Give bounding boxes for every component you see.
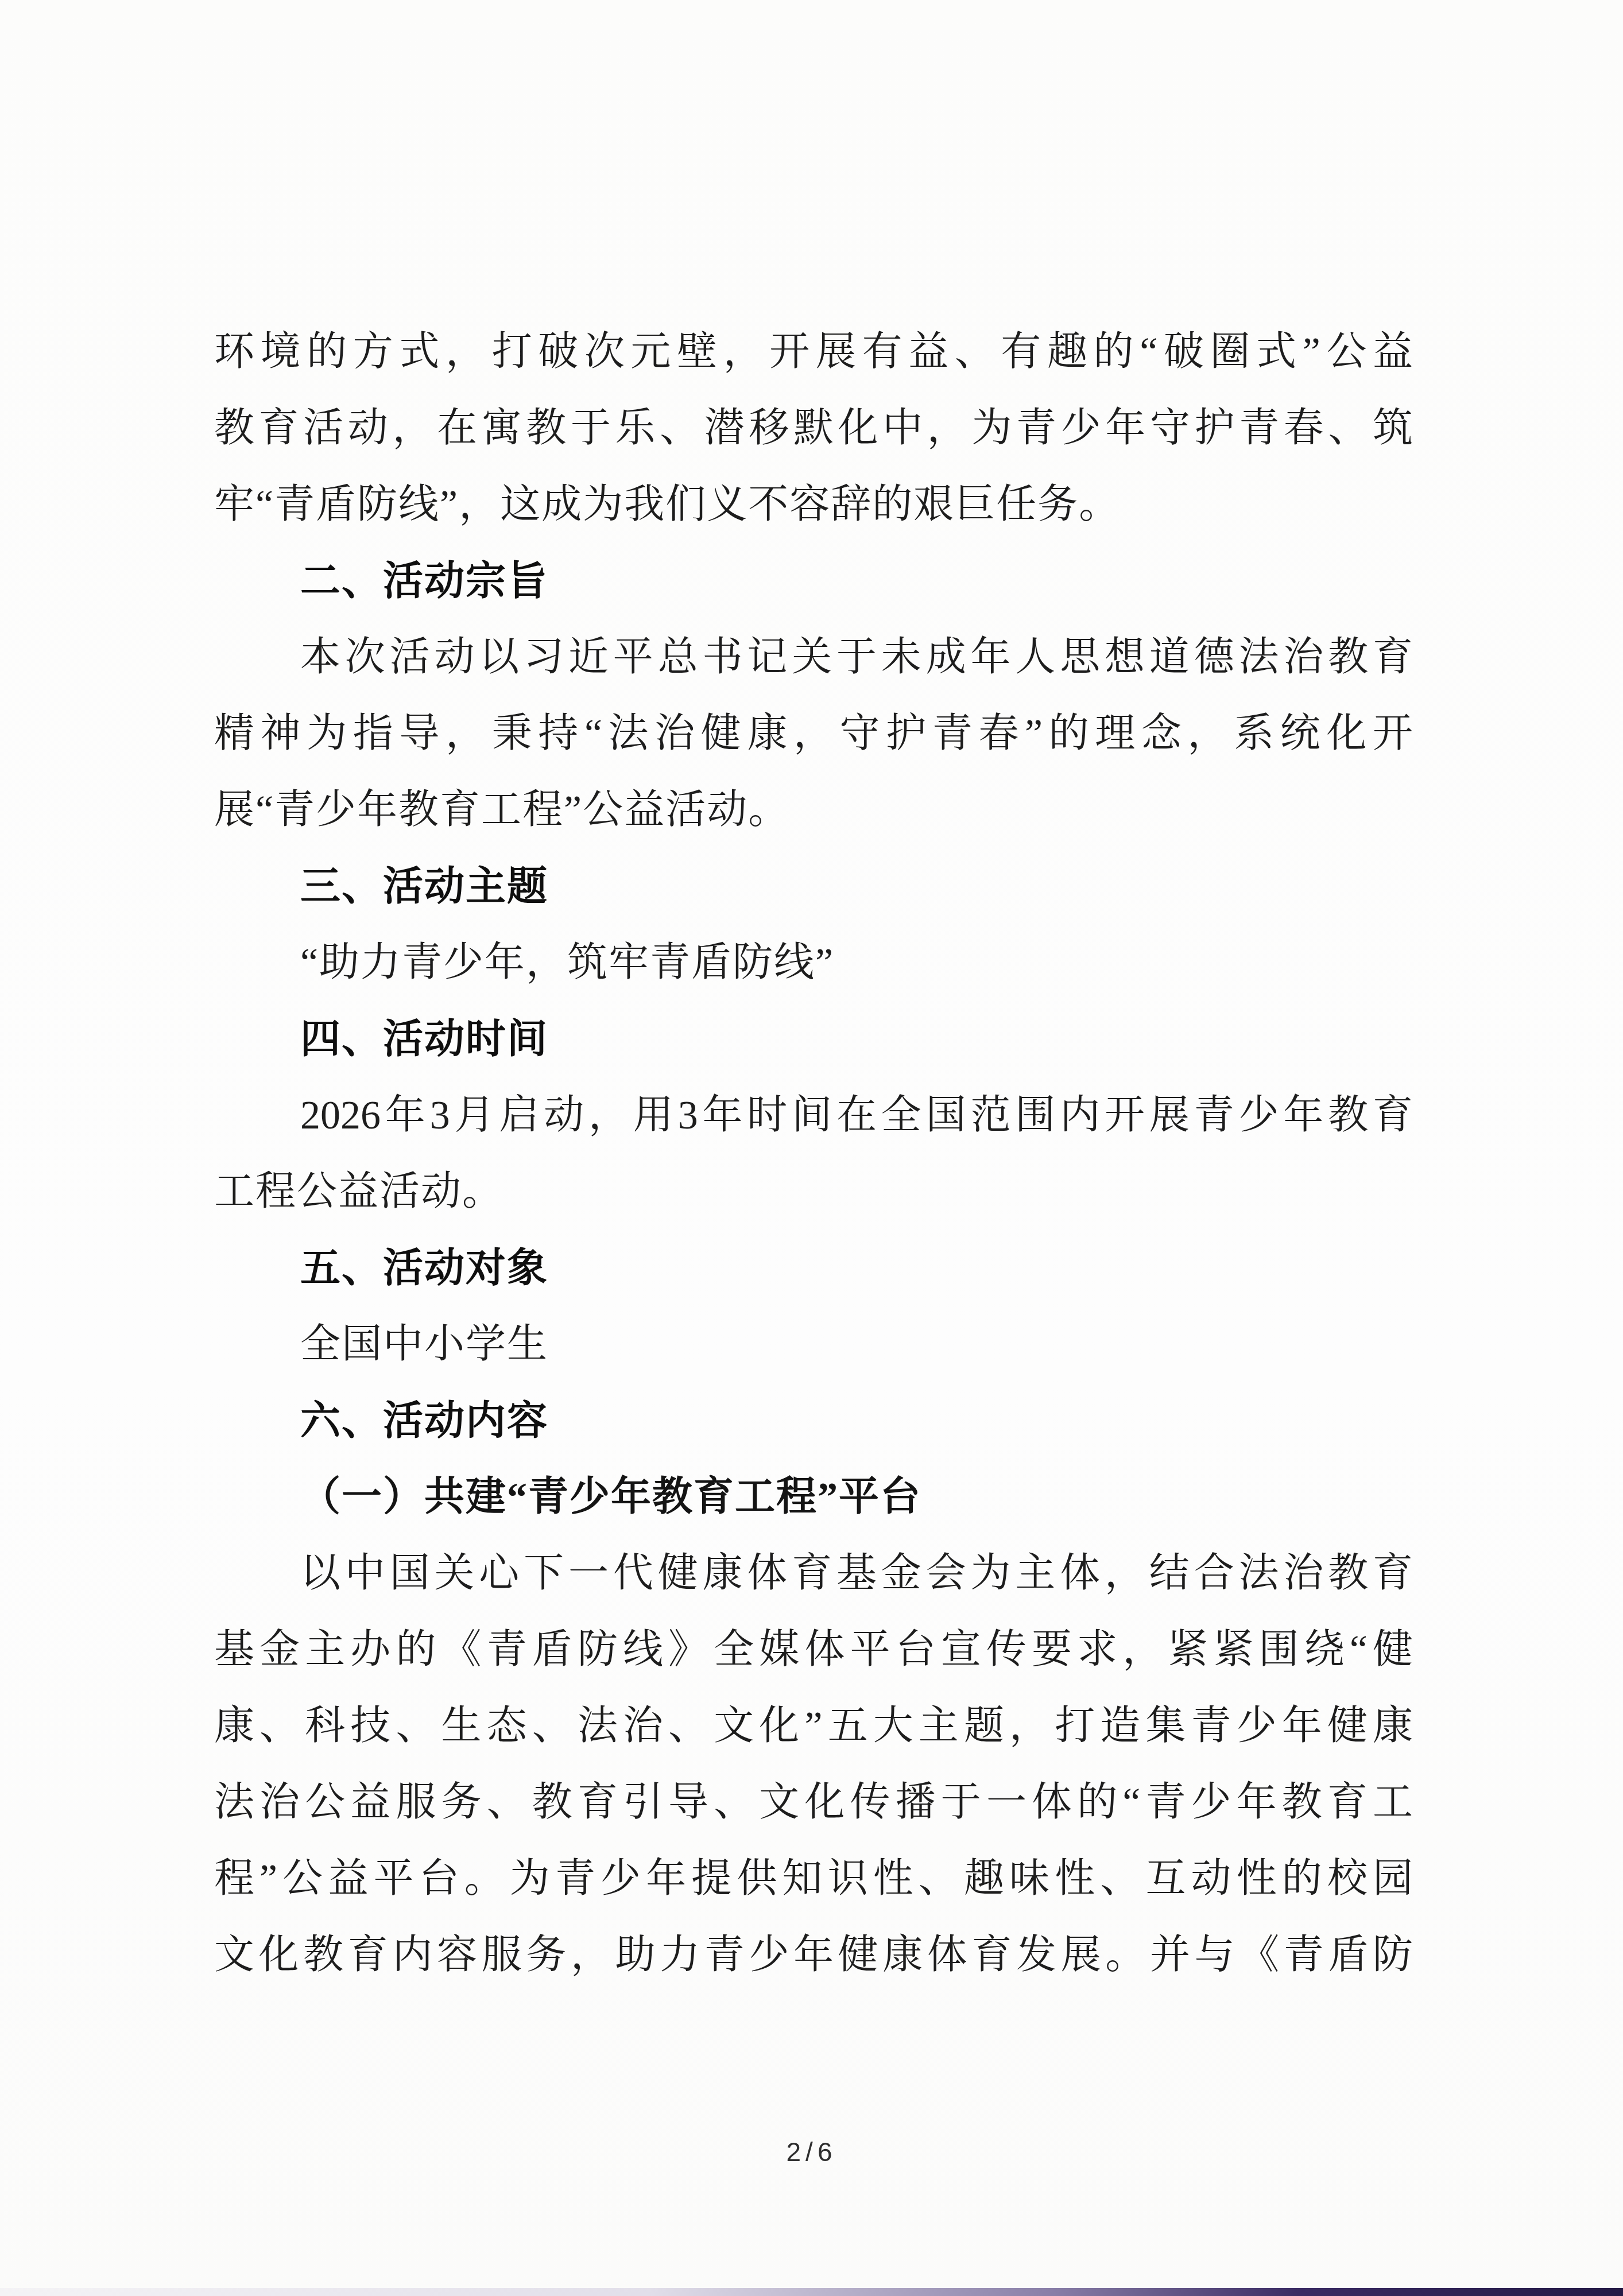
text-line: 程”公益平台。为青少年提供知识性、趣味性、互动性的校园 — [214, 1841, 1413, 1917]
text-line: 教育活动，在寓教于乐、潜移默化中，为青少年守护青春、筑 — [214, 390, 1413, 467]
section-heading: 三、活动主题 — [214, 848, 1413, 925]
text-line: 环境的方式，打破次元壁，开展有益、有趣的“破圈式”公益 — [214, 314, 1413, 390]
text-line: 精神为指导，秉持“法治健康，守护青春”的理念，系统化开 — [214, 696, 1413, 772]
text-line: 工程公益活动。 — [214, 1154, 1413, 1230]
subsection-heading: （一）共建“青少年教育工程”平台 — [214, 1459, 1413, 1535]
section-heading: 四、活动时间 — [214, 1001, 1413, 1077]
text-line: “助力青少年，筑牢青盾防线” — [214, 925, 1413, 1001]
text-line: 全国中小学生 — [214, 1306, 1413, 1383]
document-body: 环境的方式，打破次元壁，开展有益、有趣的“破圈式”公益 教育活动，在寓教于乐、潜… — [214, 314, 1413, 1994]
text-line: 本次活动以习近平总书记关于未成年人思想道德法治教育 — [214, 619, 1413, 696]
text-line: 以中国关心下一代健康体育基金会为主体，结合法治教育 — [214, 1535, 1413, 1612]
text-line: 基金主办的《青盾防线》全媒体平台宣传要求，紧紧围绕“健 — [214, 1612, 1413, 1688]
section-heading: 五、活动对象 — [214, 1230, 1413, 1306]
scanner-edge-artifact — [0, 2288, 1623, 2296]
text-line: 展“青少年教育工程”公益活动。 — [214, 772, 1413, 848]
text-line: 法治公益服务、教育引导、文化传播于一体的“青少年教育工 — [214, 1764, 1413, 1841]
scanned-document-page: 环境的方式，打破次元壁，开展有益、有趣的“破圈式”公益 教育活动，在寓教于乐、潜… — [0, 0, 1623, 2296]
text-line: 文化教育内容服务，助力青少年健康体育发展。并与《青盾防 — [214, 1917, 1413, 1994]
text-line: 康、科技、生态、法治、文化”五大主题，打造集青少年健康 — [214, 1688, 1413, 1764]
section-heading: 二、活动宗旨 — [214, 543, 1413, 619]
section-heading: 六、活动内容 — [214, 1383, 1413, 1459]
text-line: 2026年3月启动，用3年时间在全国范围内开展青少年教育 — [214, 1077, 1413, 1154]
text-line: 牢“青盾防线”，这成为我们义不容辞的艰巨任务。 — [214, 467, 1413, 543]
page-number: 2/6 — [0, 2136, 1623, 2167]
